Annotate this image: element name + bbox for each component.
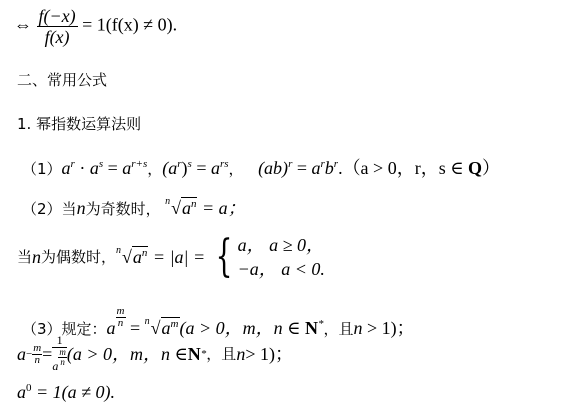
base: a <box>107 318 116 338</box>
left-brace-icon: { <box>215 235 232 279</box>
radicand: an <box>132 246 149 267</box>
iff-symbol: ⇔ <box>14 15 32 35</box>
equation-rhs: = 1(f(x) ≠ 0). <box>82 15 177 35</box>
text: 当 <box>17 247 32 267</box>
natural-set: N <box>188 344 201 364</box>
base: a <box>211 158 220 178</box>
equals: = <box>292 158 311 178</box>
dot: · <box>75 158 90 178</box>
subsection-title: 1. 幂指数运算法则 <box>17 114 141 134</box>
condition: (a > 0，m，n ∈ <box>180 318 305 338</box>
rule-3: （3）规定：amn = n√am(a > 0，m，n ∈ N*，且n > 1)； <box>22 306 415 339</box>
equals: = <box>126 318 145 338</box>
text: ，且 <box>323 320 353 338</box>
condition-end: > 1)； <box>245 344 293 364</box>
negative-fractional-exponent: −mn <box>26 343 42 366</box>
rule-2-even: 当n为偶数时， n√an = |a| = { a， a ≥ 0， −a， a <… <box>17 232 325 282</box>
rational-set: Q <box>468 158 482 178</box>
base: b <box>325 158 334 178</box>
base: (ab) <box>258 158 288 178</box>
rule-label: （1） <box>22 160 62 178</box>
paren: ） <box>482 158 500 178</box>
radicand: an <box>181 197 198 218</box>
natural-set: N <box>305 318 318 338</box>
variable: n <box>77 198 86 218</box>
exponent: rs <box>220 158 229 170</box>
root-index: n <box>145 312 150 332</box>
nth-root: n√an <box>165 198 197 218</box>
reciprocal-fraction: 1amn <box>52 334 67 374</box>
equals: = <box>192 158 211 178</box>
base: a <box>62 158 71 178</box>
base: a <box>17 344 26 364</box>
base: a <box>17 382 26 402</box>
nth-root: n√am <box>145 318 180 338</box>
text: ，且 <box>206 344 236 364</box>
variable: n <box>236 344 245 364</box>
rule-label: （2） <box>22 200 62 218</box>
radicand: am <box>161 317 180 338</box>
condition: （a > 0，r，s ∈ <box>343 158 468 178</box>
condition: (a > 0，m，n ∈ <box>67 344 188 364</box>
root-index: n <box>165 192 170 212</box>
separator: ， <box>147 160 162 178</box>
rule-zero-exponent: a0 = 1(a ≠ 0). <box>17 382 115 402</box>
rule-3-negative: a−mn = 1amn (a > 0，m，n ∈ N*，且n > 1)； <box>17 336 293 372</box>
text: 为偶数时， <box>41 247 116 267</box>
numerator: f(−x) <box>37 6 78 27</box>
separator: ， <box>229 160 244 178</box>
text: 当 <box>62 200 77 218</box>
case-2: −a， a < 0. <box>238 257 325 281</box>
equals: = <box>103 158 122 178</box>
base: (a <box>162 158 177 178</box>
root-index: n <box>116 241 121 261</box>
piecewise-cases: a， a ≥ 0， −a， a < 0. <box>238 233 325 281</box>
variable: n <box>32 247 41 267</box>
nth-root: n√an <box>116 247 148 267</box>
equivalence-line: ⇔ f(−x) f(x) = 1(f(x) ≠ 0). <box>14 6 177 47</box>
section-title: 二、常用公式 <box>17 70 107 90</box>
text: 为奇数时， <box>86 200 161 218</box>
base: a <box>122 158 131 178</box>
result: = a； <box>197 198 245 218</box>
fractional-exponent: mn <box>116 306 126 329</box>
base: a <box>312 158 321 178</box>
rule-2: （2）当n为奇数时， n√an = a； <box>22 198 246 219</box>
equals: = <box>42 344 52 364</box>
rule-1: （1）ar · as = ar+s，(ar)s = ars， (ab)r = a… <box>22 158 500 179</box>
case-1: a， a ≥ 0， <box>238 233 325 257</box>
absolute-value: = |a| = <box>148 247 209 267</box>
denominator: f(x) <box>37 27 78 47</box>
condition-end: > 1)； <box>362 318 414 338</box>
equation-rest: = 1(a ≠ 0). <box>32 382 116 402</box>
base: a <box>90 158 99 178</box>
exponent: r+s <box>131 158 147 170</box>
fraction: f(−x) f(x) <box>37 6 78 47</box>
